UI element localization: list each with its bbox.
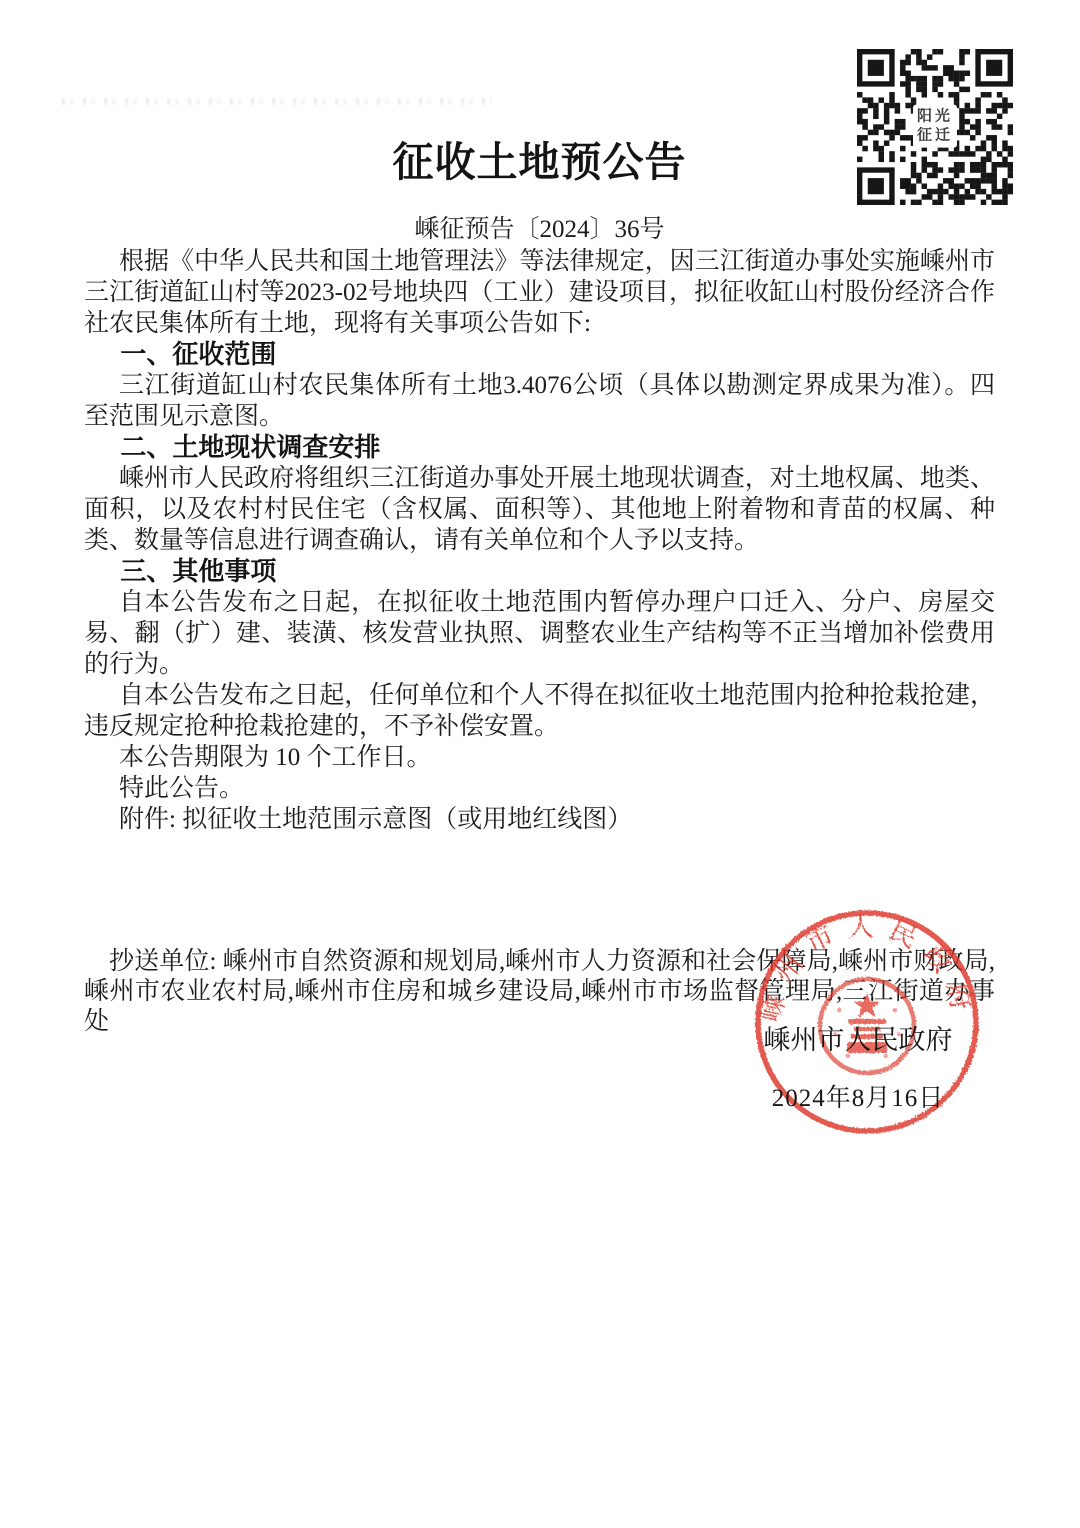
document-number: 嵊征预告〔2024〕36号	[84, 214, 995, 246]
announcement-page: 阳光 征迁 征收土地预公告 嵊征预告〔2024〕36号 根据《中华人民共和国土地…	[0, 0, 1080, 1528]
document-body: 征收土地预公告 嵊征预告〔2024〕36号 根据《中华人民共和国土地管理法》等法…	[84, 140, 995, 1037]
qr-label-line1: 阳光	[917, 107, 953, 126]
qr-center-label: 阳光 征迁	[913, 105, 957, 148]
intro-paragraph: 根据《中华人民共和国土地管理法》等法律规定，因三江街道办事处实施嵊州市三江街道缸…	[84, 246, 995, 339]
section-1-heading: 一、征收范围	[84, 339, 995, 370]
hereby-announced-line: 特此公告。	[84, 773, 995, 804]
section-3-heading: 三、其他事项	[84, 556, 995, 587]
signature-date: 2024年8月16日	[743, 1084, 973, 1114]
section-2-paragraph: 嵊州市人民政府将组织三江街道办事处开展土地现状调查，对土地权属、地类、面积，以及…	[84, 463, 995, 556]
qr-code: 阳光 征迁	[857, 49, 1013, 205]
notice-period-line: 本公告期限为 10 个工作日。	[84, 742, 995, 773]
section-3-paragraph-2: 自本公告发布之日起，任何单位和个人不得在拟征收土地范围内抢种抢栽抢建，违反规定抢…	[84, 680, 995, 742]
attachment-line: 附件: 拟征收土地范围示意图（或用地红线图）	[84, 804, 995, 835]
section-3-paragraph-1: 自本公告发布之日起，在拟征收土地范围内暂停办理户口迁入、分户、房屋交易、翻（扩）…	[84, 587, 995, 680]
qr-label-line2: 征迁	[917, 126, 953, 145]
signature-issuer: 嵊州市人民政府	[743, 1024, 973, 1056]
section-2-heading: 二、土地现状调查安排	[84, 432, 995, 463]
section-1-paragraph: 三江街道缸山村农民集体所有土地3.4076公顷（具体以勘测定界成果为准）。四至范…	[84, 370, 995, 432]
scan-artifact	[62, 98, 492, 105]
